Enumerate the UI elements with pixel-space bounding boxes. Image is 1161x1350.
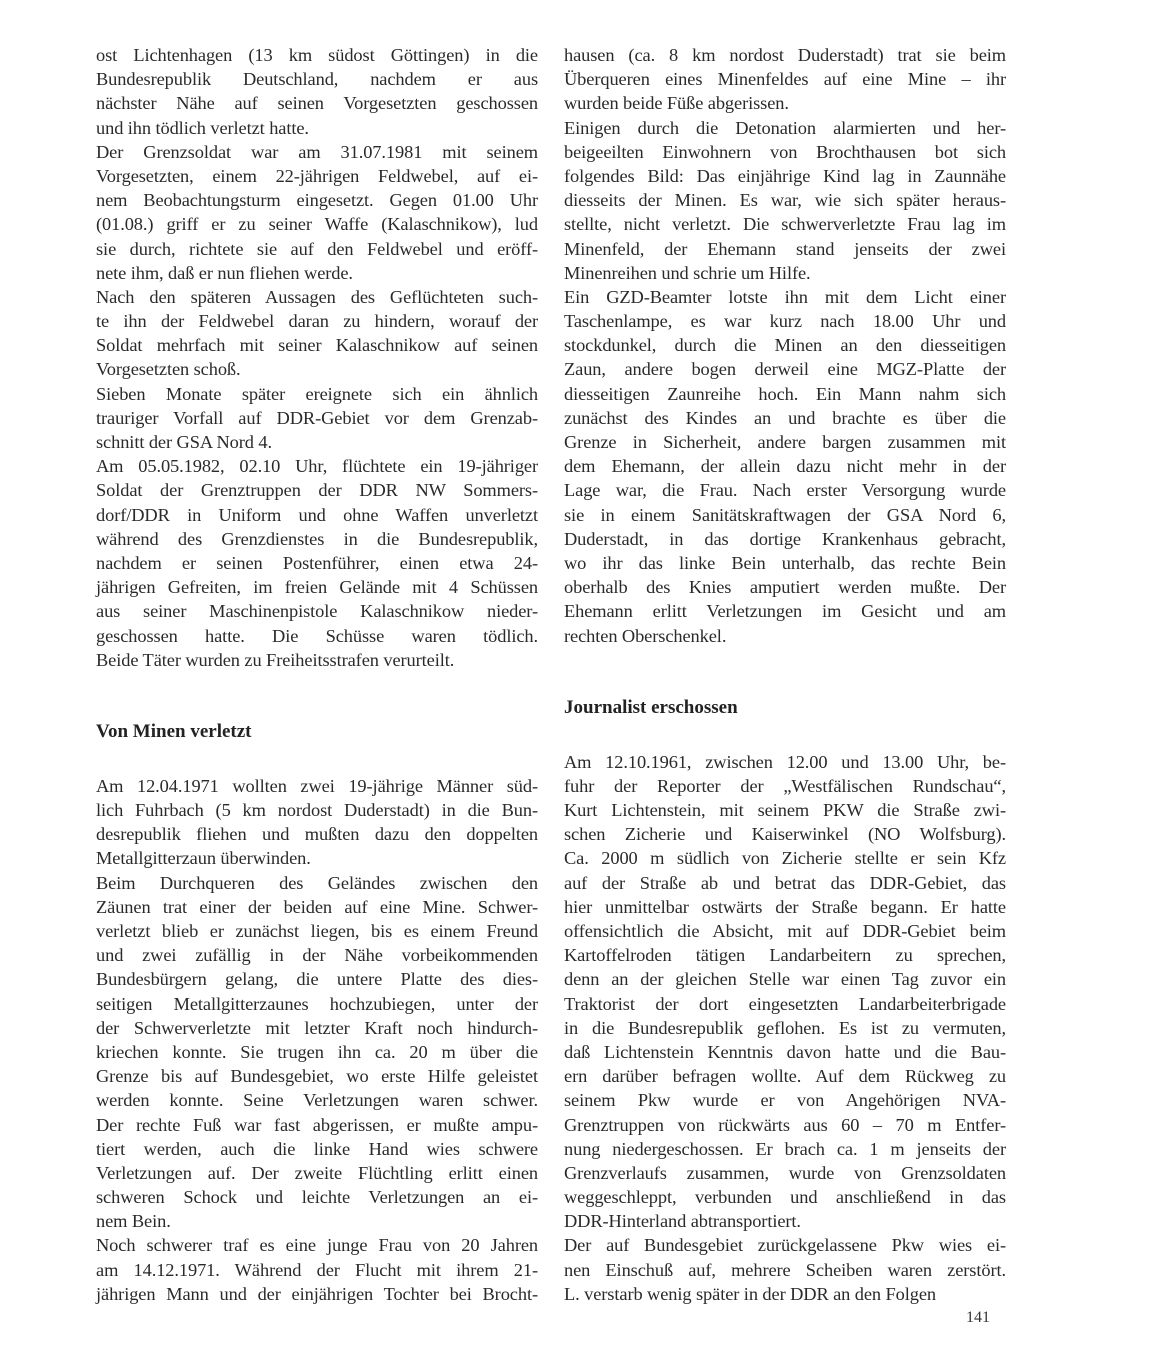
text-line: wo ihr das linke Bein unterhalb, das rec… bbox=[564, 551, 1006, 575]
text-line: nung niedergeschossen. Er brach ca. 1 m … bbox=[564, 1137, 1006, 1161]
text-line: Grenze bis auf Bundesgebiet, wo erste Hi… bbox=[96, 1064, 538, 1088]
text-line: Vorgesetzten schoß. bbox=[96, 357, 538, 381]
text-line: Bundesbürgern gelang, die untere Platte … bbox=[96, 967, 538, 991]
left-block-1: ost Lichtenhagen (13 km südost Göttingen… bbox=[96, 43, 538, 672]
text-line: nen Einschuß auf, mehrere Scheiben waren… bbox=[564, 1258, 1006, 1282]
spacer bbox=[564, 648, 1006, 696]
text-line: Einigen durch die Detonation alarmierten… bbox=[564, 116, 1006, 140]
text-line: und zwei zufällig in der Nähe vorbeikomm… bbox=[96, 943, 538, 967]
text-line: am 14.12.1971. Während der Flucht mit ih… bbox=[96, 1258, 538, 1282]
text-line: hausen (ca. 8 km nordost Duderstadt) tra… bbox=[564, 43, 1006, 67]
text-line: Metallgitterzaun überwinden. bbox=[96, 846, 538, 870]
text-line: rechten Oberschenkel. bbox=[564, 624, 1006, 648]
text-line: Beide Täter wurden zu Freiheitsstrafen v… bbox=[96, 648, 538, 672]
text-line: sie durch, richtete sie auf den Feldwebe… bbox=[96, 237, 538, 261]
text-line: Nach den späteren Aussagen des Geflüchte… bbox=[96, 285, 538, 309]
spacer bbox=[96, 672, 538, 720]
text-line: Grenzverlaufs zusammen, wurde von Grenzs… bbox=[564, 1161, 1006, 1185]
text-line: Am 05.05.1982, 02.10 Uhr, flüchtete ein … bbox=[96, 454, 538, 478]
text-line: denn an der gleichen Stelle war einen Ta… bbox=[564, 967, 1006, 991]
text-line: fuhr der Reporter der „Westfälischen Run… bbox=[564, 774, 1006, 798]
text-line: Duderstadt, in das dortige Krankenhaus g… bbox=[564, 527, 1006, 551]
text-line: L. verstarb wenig später in der DDR an d… bbox=[564, 1282, 1006, 1306]
text-line: daß Lichtenstein Kenntnis davon hatte un… bbox=[564, 1040, 1006, 1064]
section-heading-journalist-erschossen: Journalist erschossen bbox=[564, 696, 1006, 720]
text-line: kriechen konnte. Sie trugen ihn ca. 20 m… bbox=[96, 1040, 538, 1064]
text-line: werden konnte. Seine Verletzungen waren … bbox=[96, 1088, 538, 1112]
text-line: Grenztruppen von rückwärts aus 60 – 70 m… bbox=[564, 1113, 1006, 1137]
text-line: stockdunkel, durch die Minen an den dies… bbox=[564, 333, 1006, 357]
text-line: Kurt Lichtenstein, mit seinem PKW die St… bbox=[564, 798, 1006, 822]
text-line: Überqueren eines Minenfeldes auf eine Mi… bbox=[564, 67, 1006, 91]
right-column: hausen (ca. 8 km nordost Duderstadt) tra… bbox=[564, 43, 1006, 1306]
left-block-2: Am 12.04.1971 wollten zwei 19-jährige Mä… bbox=[96, 774, 538, 1306]
text-line: dem Ehemann, der allein dazu nicht mehr … bbox=[564, 454, 1006, 478]
text-line: schnitt der GSA Nord 4. bbox=[96, 430, 538, 454]
text-line: verletzt blieb er zunächst liegen, bis e… bbox=[96, 919, 538, 943]
text-line: DDR-Hinterland abtransportiert. bbox=[564, 1209, 1006, 1233]
text-line: (01.08.) griff er zu seiner Waffe (Kalas… bbox=[96, 212, 538, 236]
text-line: folgendes Bild: Das einjährige Kind lag … bbox=[564, 164, 1006, 188]
right-block-2: Am 12.10.1961, zwischen 12.00 und 13.00 … bbox=[564, 750, 1006, 1306]
text-line: ost Lichtenhagen (13 km südost Göttingen… bbox=[96, 43, 538, 67]
right-block-1: hausen (ca. 8 km nordost Duderstadt) tra… bbox=[564, 43, 1006, 648]
text-line: auf der Straße ab und betrat das DDR-Geb… bbox=[564, 871, 1006, 895]
text-line: te ihn der Feldwebel daran zu hindern, w… bbox=[96, 309, 538, 333]
text-line: oberhalb des Knies amputiert werden mußt… bbox=[564, 575, 1006, 599]
text-line: Der rechte Fuß war fast abgerissen, er m… bbox=[96, 1113, 538, 1137]
text-line: während des Grenzdienstes in die Bundesr… bbox=[96, 527, 538, 551]
text-line: Verletzungen auf. Der zweite Flüchtling … bbox=[96, 1161, 538, 1185]
text-line: Soldat der Grenztruppen der DDR NW Somme… bbox=[96, 478, 538, 502]
text-line: Soldat mehrfach mit seiner Kalaschnikow … bbox=[96, 333, 538, 357]
spacer bbox=[96, 744, 538, 774]
text-line: Ein GZD-Beamter lotste ihn mit dem Licht… bbox=[564, 285, 1006, 309]
text-line: Bundesrepublik Deutschland, nachdem er a… bbox=[96, 67, 538, 91]
text-line: Noch schwerer traf es eine junge Frau vo… bbox=[96, 1233, 538, 1257]
text-line: jährigen Mann und der einjährigen Tochte… bbox=[96, 1282, 538, 1306]
text-line: trauriger Vorfall auf DDR-Gebiet vor dem… bbox=[96, 406, 538, 430]
text-line: Lage war, die Frau. Nach erster Versorgu… bbox=[564, 478, 1006, 502]
text-line: stellte, nicht verletzt. Die schwerverle… bbox=[564, 212, 1006, 236]
text-line: weggeschleppt, verbunden und anschließen… bbox=[564, 1185, 1006, 1209]
text-line: Vorgesetzten, einem 22-jährigen Feldwebe… bbox=[96, 164, 538, 188]
text-line: in die Bundesrepublik geflohen. Es ist z… bbox=[564, 1016, 1006, 1040]
left-column: ost Lichtenhagen (13 km südost Göttingen… bbox=[96, 43, 538, 1306]
text-line: desrepublik fliehen und mußten dazu den … bbox=[96, 822, 538, 846]
page-number: 141 bbox=[966, 1309, 990, 1327]
text-line: jährigen Gefreiten, im freien Gelände mi… bbox=[96, 575, 538, 599]
text-line: beigeeilten Einwohnern von Brochthausen … bbox=[564, 140, 1006, 164]
text-line: Der auf Bundesgebiet zurückgelassene Pkw… bbox=[564, 1233, 1006, 1257]
text-line: ern darüber befragen wollte. Auf dem Rüc… bbox=[564, 1064, 1006, 1088]
text-line: nete ihm, daß er nun fliehen werde. bbox=[96, 261, 538, 285]
text-line: nachdem er seinen Postenführer, einen et… bbox=[96, 551, 538, 575]
text-line: diesseits der Minen. Es war, wie sich sp… bbox=[564, 188, 1006, 212]
text-line: schweren Schock und leichte Verletzungen… bbox=[96, 1185, 538, 1209]
text-line: und ihn tödlich verletzt hatte. bbox=[96, 116, 538, 140]
text-line: Taschenlampe, es war kurz nach 18.00 Uhr… bbox=[564, 309, 1006, 333]
text-line: der Schwerverletzte mit letzter Kraft no… bbox=[96, 1016, 538, 1040]
text-line: nem Bein. bbox=[96, 1209, 538, 1233]
text-line: hier unmittelbar ostwärts der Straße beg… bbox=[564, 895, 1006, 919]
text-line: Sieben Monate später ereignete sich ein … bbox=[96, 382, 538, 406]
text-line: Der Grenzsoldat war am 31.07.1981 mit se… bbox=[96, 140, 538, 164]
text-line: nem Beobachtungsturm eingesetzt. Gegen 0… bbox=[96, 188, 538, 212]
section-heading-von-minen-verletzt: Von Minen verletzt bbox=[96, 720, 538, 744]
text-line: Traktorist der dort eingesetzten Landarb… bbox=[564, 992, 1006, 1016]
text-line: Grenze in Sicherheit, andere bargen zusa… bbox=[564, 430, 1006, 454]
text-line: Zaun, andere bogen derweil eine MGZ-Plat… bbox=[564, 357, 1006, 381]
text-line: offensichtlich die Absicht, mit auf DDR-… bbox=[564, 919, 1006, 943]
text-line: aus seiner Maschinenpistole Kalaschnikow… bbox=[96, 599, 538, 623]
text-line: Kartoffelroden tätigen Landarbeitern zu … bbox=[564, 943, 1006, 967]
text-line: nächster Nähe auf seinen Vorgesetzten ge… bbox=[96, 91, 538, 115]
spacer bbox=[564, 720, 1006, 750]
text-line: Am 12.10.1961, zwischen 12.00 und 13.00 … bbox=[564, 750, 1006, 774]
text-line: Ehemann erlitt Verletzungen im Gesicht u… bbox=[564, 599, 1006, 623]
text-line: sie in einem Sanitätskraftwagen der GSA … bbox=[564, 503, 1006, 527]
text-line: geschossen hatte. Die Schüsse waren tödl… bbox=[96, 624, 538, 648]
text-line: lich Fuhrbach (5 km nordost Duderstadt) … bbox=[96, 798, 538, 822]
text-line: dorf/DDR in Uniform und ohne Waffen unve… bbox=[96, 503, 538, 527]
text-line: seitigen Metallgitterzaunes hochzubiegen… bbox=[96, 992, 538, 1016]
text-line: tiert werden, auch die linke Hand wies s… bbox=[96, 1137, 538, 1161]
text-line: Ca. 2000 m südlich von Zicherie stellte … bbox=[564, 846, 1006, 870]
text-line: Am 12.04.1971 wollten zwei 19-jährige Mä… bbox=[96, 774, 538, 798]
text-line: seinem Pkw wurde er von Angehörigen NVA- bbox=[564, 1088, 1006, 1112]
text-line: Minenreihen und schrie um Hilfe. bbox=[564, 261, 1006, 285]
text-line: Zäunen trat einer der beiden auf eine Mi… bbox=[96, 895, 538, 919]
text-line: diesseitigen Zaunreihe hoch. Ein Mann na… bbox=[564, 382, 1006, 406]
text-line: Minenfeld, der Ehemann stand jenseits de… bbox=[564, 237, 1006, 261]
text-line: Beim Durchqueren des Geländes zwischen d… bbox=[96, 871, 538, 895]
text-line: zunächst des Kindes an und brachte es üb… bbox=[564, 406, 1006, 430]
text-line: wurden beide Füße abgerissen. bbox=[564, 91, 1006, 115]
text-line: schen Zicherie und Kaiserwinkel (NO Wolf… bbox=[564, 822, 1006, 846]
